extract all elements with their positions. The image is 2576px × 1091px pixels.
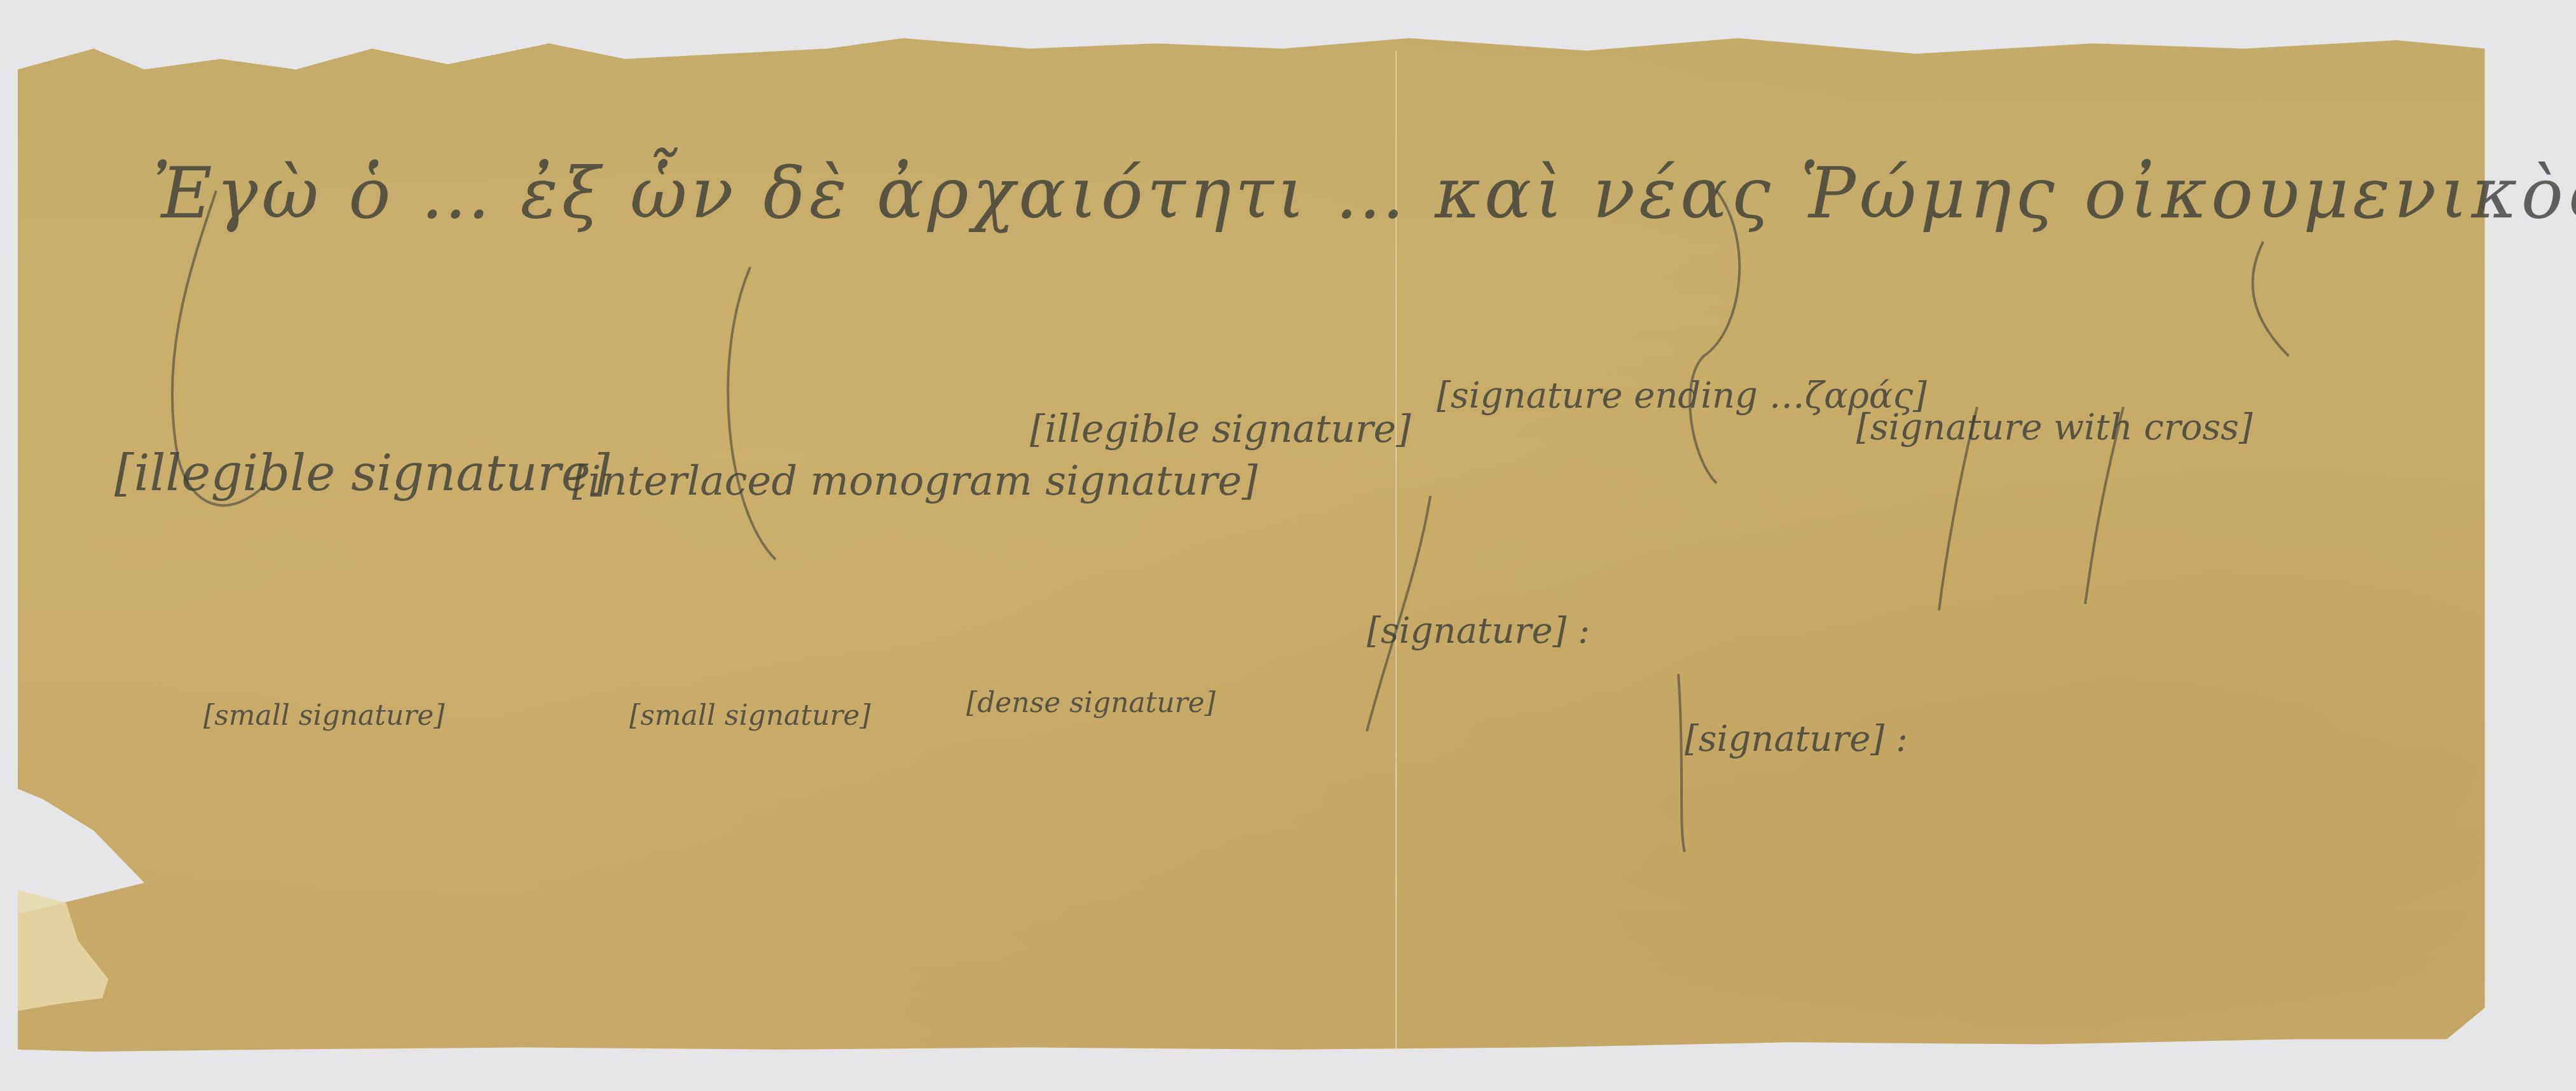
- signature-1: [illegible signature]: [114, 445, 610, 502]
- signature-2: [interlaced monogram signature]: [572, 458, 1257, 505]
- signature-3: [illegible signature]: [1030, 407, 1411, 451]
- signature-9: [signature] :: [1367, 610, 1590, 652]
- signature-6: [small signature]: [203, 699, 444, 732]
- header-text: Ἐγὼ ὁ … ἐξ ὧν δὲ ἀρχαιότητι … καὶ νέας Ῥ…: [153, 153, 2576, 234]
- signature-4: [signature ending …ζαράς]: [1437, 375, 1927, 416]
- signature-5: [signature with cross]: [1856, 407, 2252, 448]
- signature-10: [signature] :: [1685, 718, 1908, 760]
- signature-7: [small signature]: [629, 699, 870, 732]
- signature-8: [dense signature]: [966, 687, 1216, 719]
